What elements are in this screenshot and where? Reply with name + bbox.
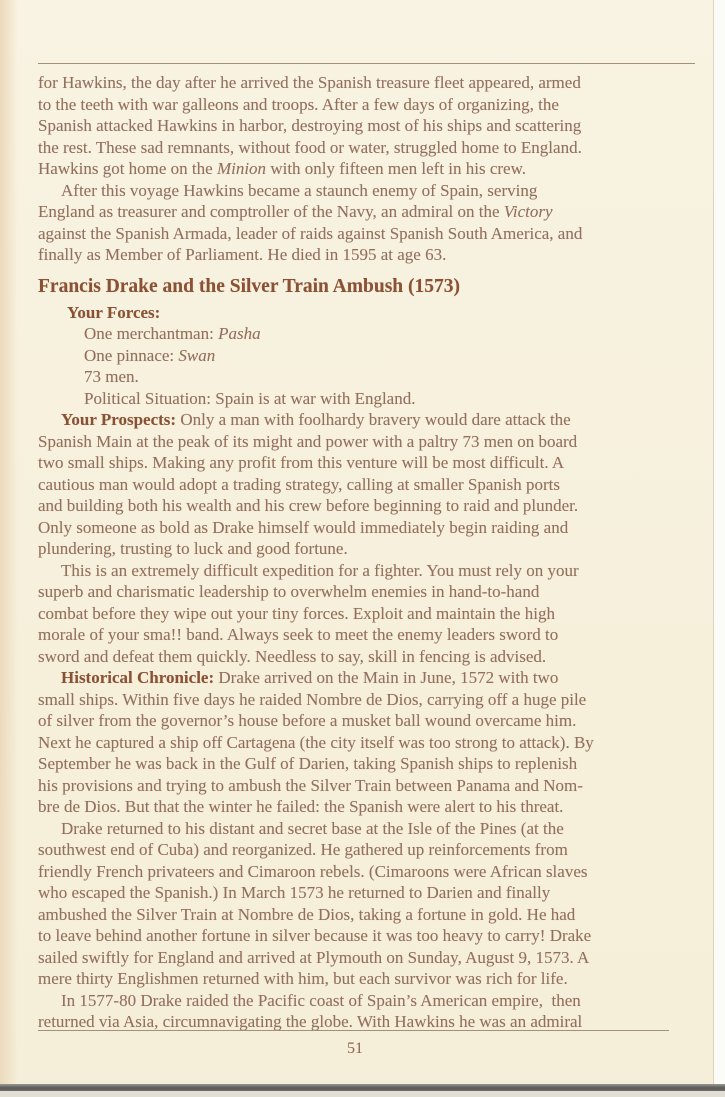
text-segment: Your Forces: (67, 303, 160, 322)
scan-edge-bottom (0, 1084, 725, 1091)
text-block: 73 men. (84, 366, 696, 388)
scan-edge-right (713, 0, 725, 1097)
scan-edge-bottom-shadow (0, 1091, 725, 1097)
text-segment: Drake returned to his distant and secret… (38, 819, 591, 989)
text-segment: 73 men. (84, 367, 139, 386)
text-block: In 1577-80 Drake raided the Pacific coas… (38, 990, 696, 1033)
text-segment: One merchantman: (84, 324, 218, 343)
text-segment: against the Spanish Armada, leader of ra… (38, 224, 582, 265)
ship-name: Swan (178, 346, 215, 365)
ship-name: Minion (217, 159, 266, 178)
text-block: Your Prospects: Only a man with foolhard… (38, 409, 696, 560)
footer-rule (38, 1030, 669, 1031)
text-segment: Drake arrived on the Main in June, 1572 … (38, 668, 594, 816)
text-block: After this voyage Hawkins became a staun… (38, 180, 696, 266)
page-text: for Hawkins, the day after he arrived th… (38, 72, 696, 1033)
ship-name: Pasha (218, 324, 261, 343)
text-segment: One pinnace: (84, 346, 178, 365)
ship-name: Victory (504, 202, 553, 221)
text-segment: Political Situation: Spain is at war wit… (84, 389, 415, 408)
scan-edge-left (0, 0, 18, 1097)
text-segment: Only a man with foolhardy bravery would … (38, 410, 578, 558)
text-segment: Historical Chronicle: (61, 668, 214, 687)
text-block: Your Forces: (67, 302, 696, 324)
text-block: Political Situation: Spain is at war wit… (84, 388, 696, 410)
text-block: for Hawkins, the day after he arrived th… (38, 72, 696, 180)
section-heading: Francis Drake and the Silver Train Ambus… (38, 274, 696, 299)
text-segment: This is an extremely difficult expeditio… (38, 561, 579, 666)
page-number: 51 (0, 1040, 710, 1058)
text-segment: Francis Drake and the Silver Train Ambus… (38, 276, 460, 297)
text-segment: In 1577-80 Drake raided the Pacific coas… (38, 991, 582, 1032)
text-block: One merchantman: Pasha (84, 323, 696, 345)
header-rule (38, 63, 695, 64)
text-segment: Your Prospects: (61, 410, 176, 429)
scanned-book-page: { "document": { "page_number": "51", "bl… (0, 0, 725, 1097)
text-block: This is an extremely difficult expeditio… (38, 560, 696, 668)
text-block: Drake returned to his distant and secret… (38, 818, 696, 990)
text-block: One pinnace: Swan (84, 345, 696, 367)
text-block: Historical Chronicle: Drake arrived on t… (38, 667, 696, 818)
text-segment: After this voyage Hawkins became a staun… (38, 181, 537, 222)
text-segment: with only fifteen men left in his crew. (266, 159, 526, 178)
